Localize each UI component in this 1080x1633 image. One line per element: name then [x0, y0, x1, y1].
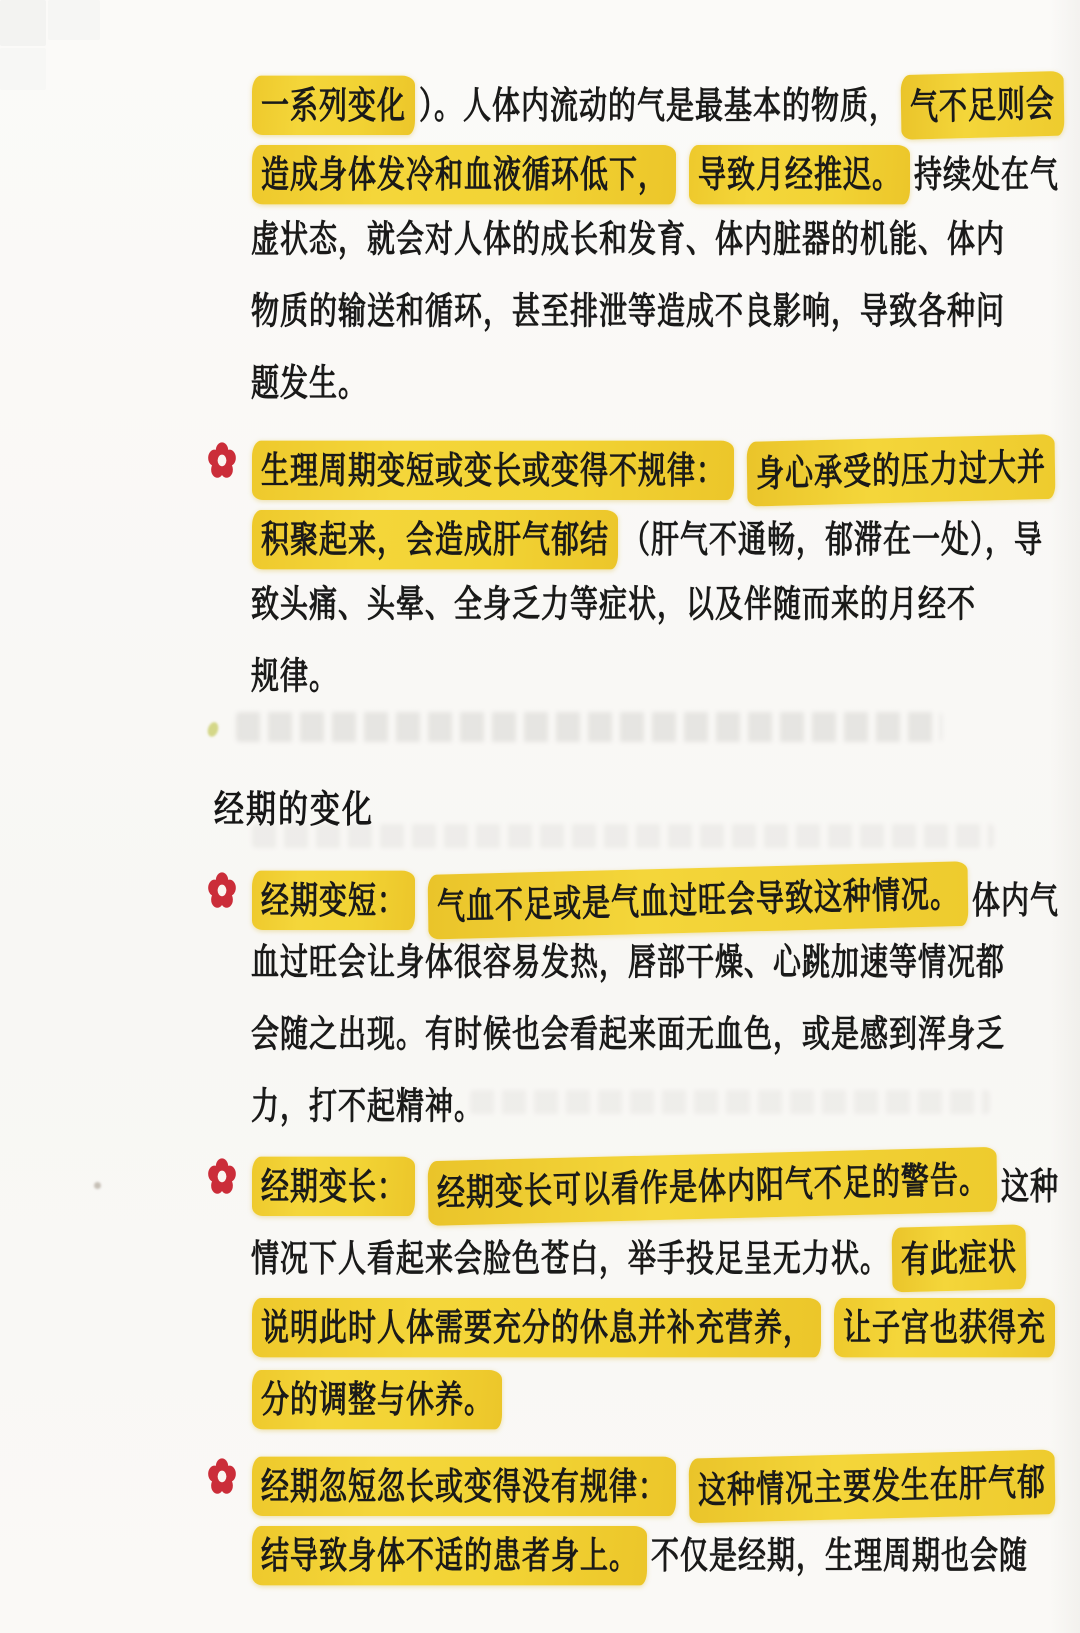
text-line: 生理周期变短或变长或变得不规律：身心承受的压力过大并 [250, 432, 1050, 504]
text-line-content: 情况下人看起来会脸色苍白，举手投足呈无力状。有此症状 [250, 1226, 1029, 1291]
body-text: 规律。 [250, 654, 339, 698]
section-heading: 经期的变化 [214, 778, 374, 833]
highlighted-text: 有此症状 [892, 1224, 1027, 1292]
highlighted-text: 说明此时人体需要充分的休息并补充营养， [252, 1298, 821, 1357]
highlighted-text: 让子宫也获得充 [834, 1298, 1055, 1357]
scan-artifact [0, 48, 46, 90]
text-line: 题发生。 [250, 355, 1050, 427]
text-line: 积聚起来，会造成肝气郁结（肝气不通畅，郁滞在一处），导 [250, 504, 1050, 576]
ink-speck [94, 1182, 101, 1189]
text-line-content: 规律。 [250, 654, 339, 699]
highlighted-text: 经期变短： [252, 871, 415, 930]
text-line-content: 结导致身体不适的患者身上。不仅是经期，生理周期也会随 [250, 1526, 1029, 1585]
body-text: 会随之出现。有时候也会看起来面无血色，或是感到浑身乏 [250, 1012, 1006, 1056]
highlighted-text: 结导致身体不适的患者身上。 [252, 1526, 647, 1585]
body-text: 虚状态，就会对人体的成长和发育、体内脏器的机能、体内 [250, 217, 1006, 261]
body-text: 物质的输送和循环，甚至排泄等造成不良影响，导致各种问 [250, 289, 1006, 333]
flower-icon [204, 1457, 242, 1499]
highlighted-text: 气不足则会 [901, 71, 1065, 140]
body-text: 力，打不起精神。 [250, 1084, 484, 1128]
text-line: 情况下人看起来会脸色苍白，举手投足呈无力状。有此症状 [250, 1220, 1050, 1292]
text-line: 造成身体发冷和血液循环低下，导致月经推迟。持续处在气 [250, 139, 1050, 211]
body-text: 这种 [1000, 1165, 1060, 1209]
text-line: 一系列变化）。人体内流动的气是最基本的物质，气不足则会 [250, 67, 1050, 139]
body-text: 血过旺会让身体很容易发热，唇部干燥、心跳加速等情况都 [250, 940, 1006, 984]
scan-artifact [0, 0, 46, 46]
scan-artifact [48, 0, 100, 40]
text-line: 分的调整与休养。 [250, 1364, 1050, 1436]
text-line: 力，打不起精神。 [250, 1078, 1050, 1150]
body-text: 情况下人看起来会脸色苍白，举手投足呈无力状。 [250, 1237, 890, 1281]
body-text: 体内气 [971, 879, 1060, 923]
highlighted-text: 经期变长可以看作是体内阳气不足的警告。 [428, 1147, 998, 1226]
body-text: 不仅是经期，生理周期也会随 [650, 1534, 1029, 1578]
text-line-content: 经期变长：经期变长可以看作是体内阳气不足的警告。这种 [250, 1154, 1060, 1219]
body-text: 致头痛、头晕、全身乏力等症状，以及伴随而来的月经不 [250, 582, 977, 626]
text-line-content: 积聚起来，会造成肝气郁结（肝气不通畅，郁滞在一处），导 [250, 510, 1044, 569]
text-line: 规律。 [250, 648, 1050, 720]
flower-icon [204, 871, 242, 913]
highlighted-text: 气血不足或是气血过旺会导致这种情况。 [428, 861, 969, 939]
text-line: 经期变长：经期变长可以看作是体内阳气不足的警告。这种 [250, 1148, 1050, 1220]
highlighted-text: 一系列变化 [252, 76, 415, 135]
text-line: 虚状态，就会对人体的成长和发育、体内脏器的机能、体内 [250, 211, 1050, 283]
flower-icon [204, 441, 242, 483]
text-line-content: 物质的输送和循环，甚至排泄等造成不良影响，导致各种问 [250, 289, 1006, 334]
highlighted-text: 经期变长： [252, 1157, 415, 1216]
text-line-content: 分的调整与休养。 [250, 1370, 505, 1429]
body-text: ）。人体内流动的气是最基本的物质， [418, 84, 899, 128]
text-line-content: 生理周期变短或变长或变得不规律：身心承受的压力过大并 [250, 438, 1058, 503]
highlighted-text: 经期忽短忽长或变得没有规律： [252, 1457, 676, 1516]
text-line: 结导致身体不适的患者身上。不仅是经期，生理周期也会随 [250, 1520, 1050, 1592]
text-line: 血过旺会让身体很容易发热，唇部干燥、心跳加速等情况都 [250, 934, 1050, 1006]
bullet-section: 经期忽短忽长或变得没有规律：这种情况主要发生在肝气郁结导致身体不适的患者身上。不… [250, 1448, 1050, 1592]
text-line-content: 经期变短：气血不足或是气血过旺会导致这种情况。体内气 [250, 868, 1060, 933]
body-text: （肝气不通畅，郁滞在一处），导 [621, 518, 1044, 562]
bullet-section: 生理周期变短或变长或变得不规律：身心承受的压力过大并积聚起来，会造成肝气郁结（肝… [250, 432, 1050, 720]
highlighted-text: 身心承受的压力过大并 [747, 434, 1056, 506]
text-line-content: 题发生。 [250, 361, 368, 406]
highlighted-text: 造成身体发冷和血液循环低下， [252, 145, 676, 204]
body-text: 持续处在气 [913, 153, 1060, 197]
text-line-content: 虚状态，就会对人体的成长和发育、体内脏器的机能、体内 [250, 217, 1006, 262]
highlighted-text: 导致月经推迟。 [689, 145, 910, 204]
text-line: 致头痛、头晕、全身乏力等症状，以及伴随而来的月经不 [250, 576, 1050, 648]
scan-edge-shadow [1050, 0, 1080, 1633]
paragraph-section: 一系列变化）。人体内流动的气是最基本的物质，气不足则会造成身体发冷和血液循环低下… [250, 67, 1050, 427]
scanned-book-page: 经期的变化 一系列变化）。人体内流动的气是最基本的物质，气不足则会造成身体发冷和… [0, 0, 1080, 1633]
highlighted-text: 积聚起来，会造成肝气郁结 [252, 510, 618, 569]
bullet-section: 经期变长：经期变长可以看作是体内阳气不足的警告。这种情况下人看起来会脸色苍白，举… [250, 1148, 1050, 1436]
text-line-content: 会随之出现。有时候也会看起来面无血色，或是感到浑身乏 [250, 1012, 1006, 1057]
highlighted-text: 分的调整与休养。 [252, 1370, 502, 1429]
highlighted-text: 生理周期变短或变长或变得不规律： [252, 441, 734, 500]
text-line: 会随之出现。有时候也会看起来面无血色，或是感到浑身乏 [250, 1006, 1050, 1078]
ink-speck [206, 721, 220, 738]
text-line: 物质的输送和循环，甚至排泄等造成不良影响，导致各种问 [250, 283, 1050, 355]
text-line-content: 血过旺会让身体很容易发热，唇部干燥、心跳加速等情况都 [250, 940, 1006, 985]
highlighted-text: 这种情况主要发生在肝气郁 [689, 1449, 1056, 1523]
text-line-content: 说明此时人体需要充分的休息并补充营养，让子宫也获得充 [250, 1298, 1058, 1357]
text-line-content: 致头痛、头晕、全身乏力等症状，以及伴随而来的月经不 [250, 582, 977, 627]
body-text: 题发生。 [250, 361, 368, 405]
text-line-content: 力，打不起精神。 [250, 1084, 484, 1129]
text-line: 说明此时人体需要充分的休息并补充营养，让子宫也获得充 [250, 1292, 1050, 1364]
text-line: 经期变短：气血不足或是气血过旺会导致这种情况。体内气 [250, 862, 1050, 934]
text-line-content: 经期忽短忽长或变得没有规律：这种情况主要发生在肝气郁 [250, 1454, 1058, 1519]
bullet-section: 经期变短：气血不足或是气血过旺会导致这种情况。体内气血过旺会让身体很容易发热，唇… [250, 862, 1050, 1150]
text-line-content: 一系列变化）。人体内流动的气是最基本的物质，气不足则会 [250, 73, 1067, 138]
text-line: 经期忽短忽长或变得没有规律：这种情况主要发生在肝气郁 [250, 1448, 1050, 1520]
text-line-content: 造成身体发冷和血液循环低下，导致月经推迟。持续处在气 [250, 145, 1060, 204]
flower-icon [204, 1157, 242, 1199]
